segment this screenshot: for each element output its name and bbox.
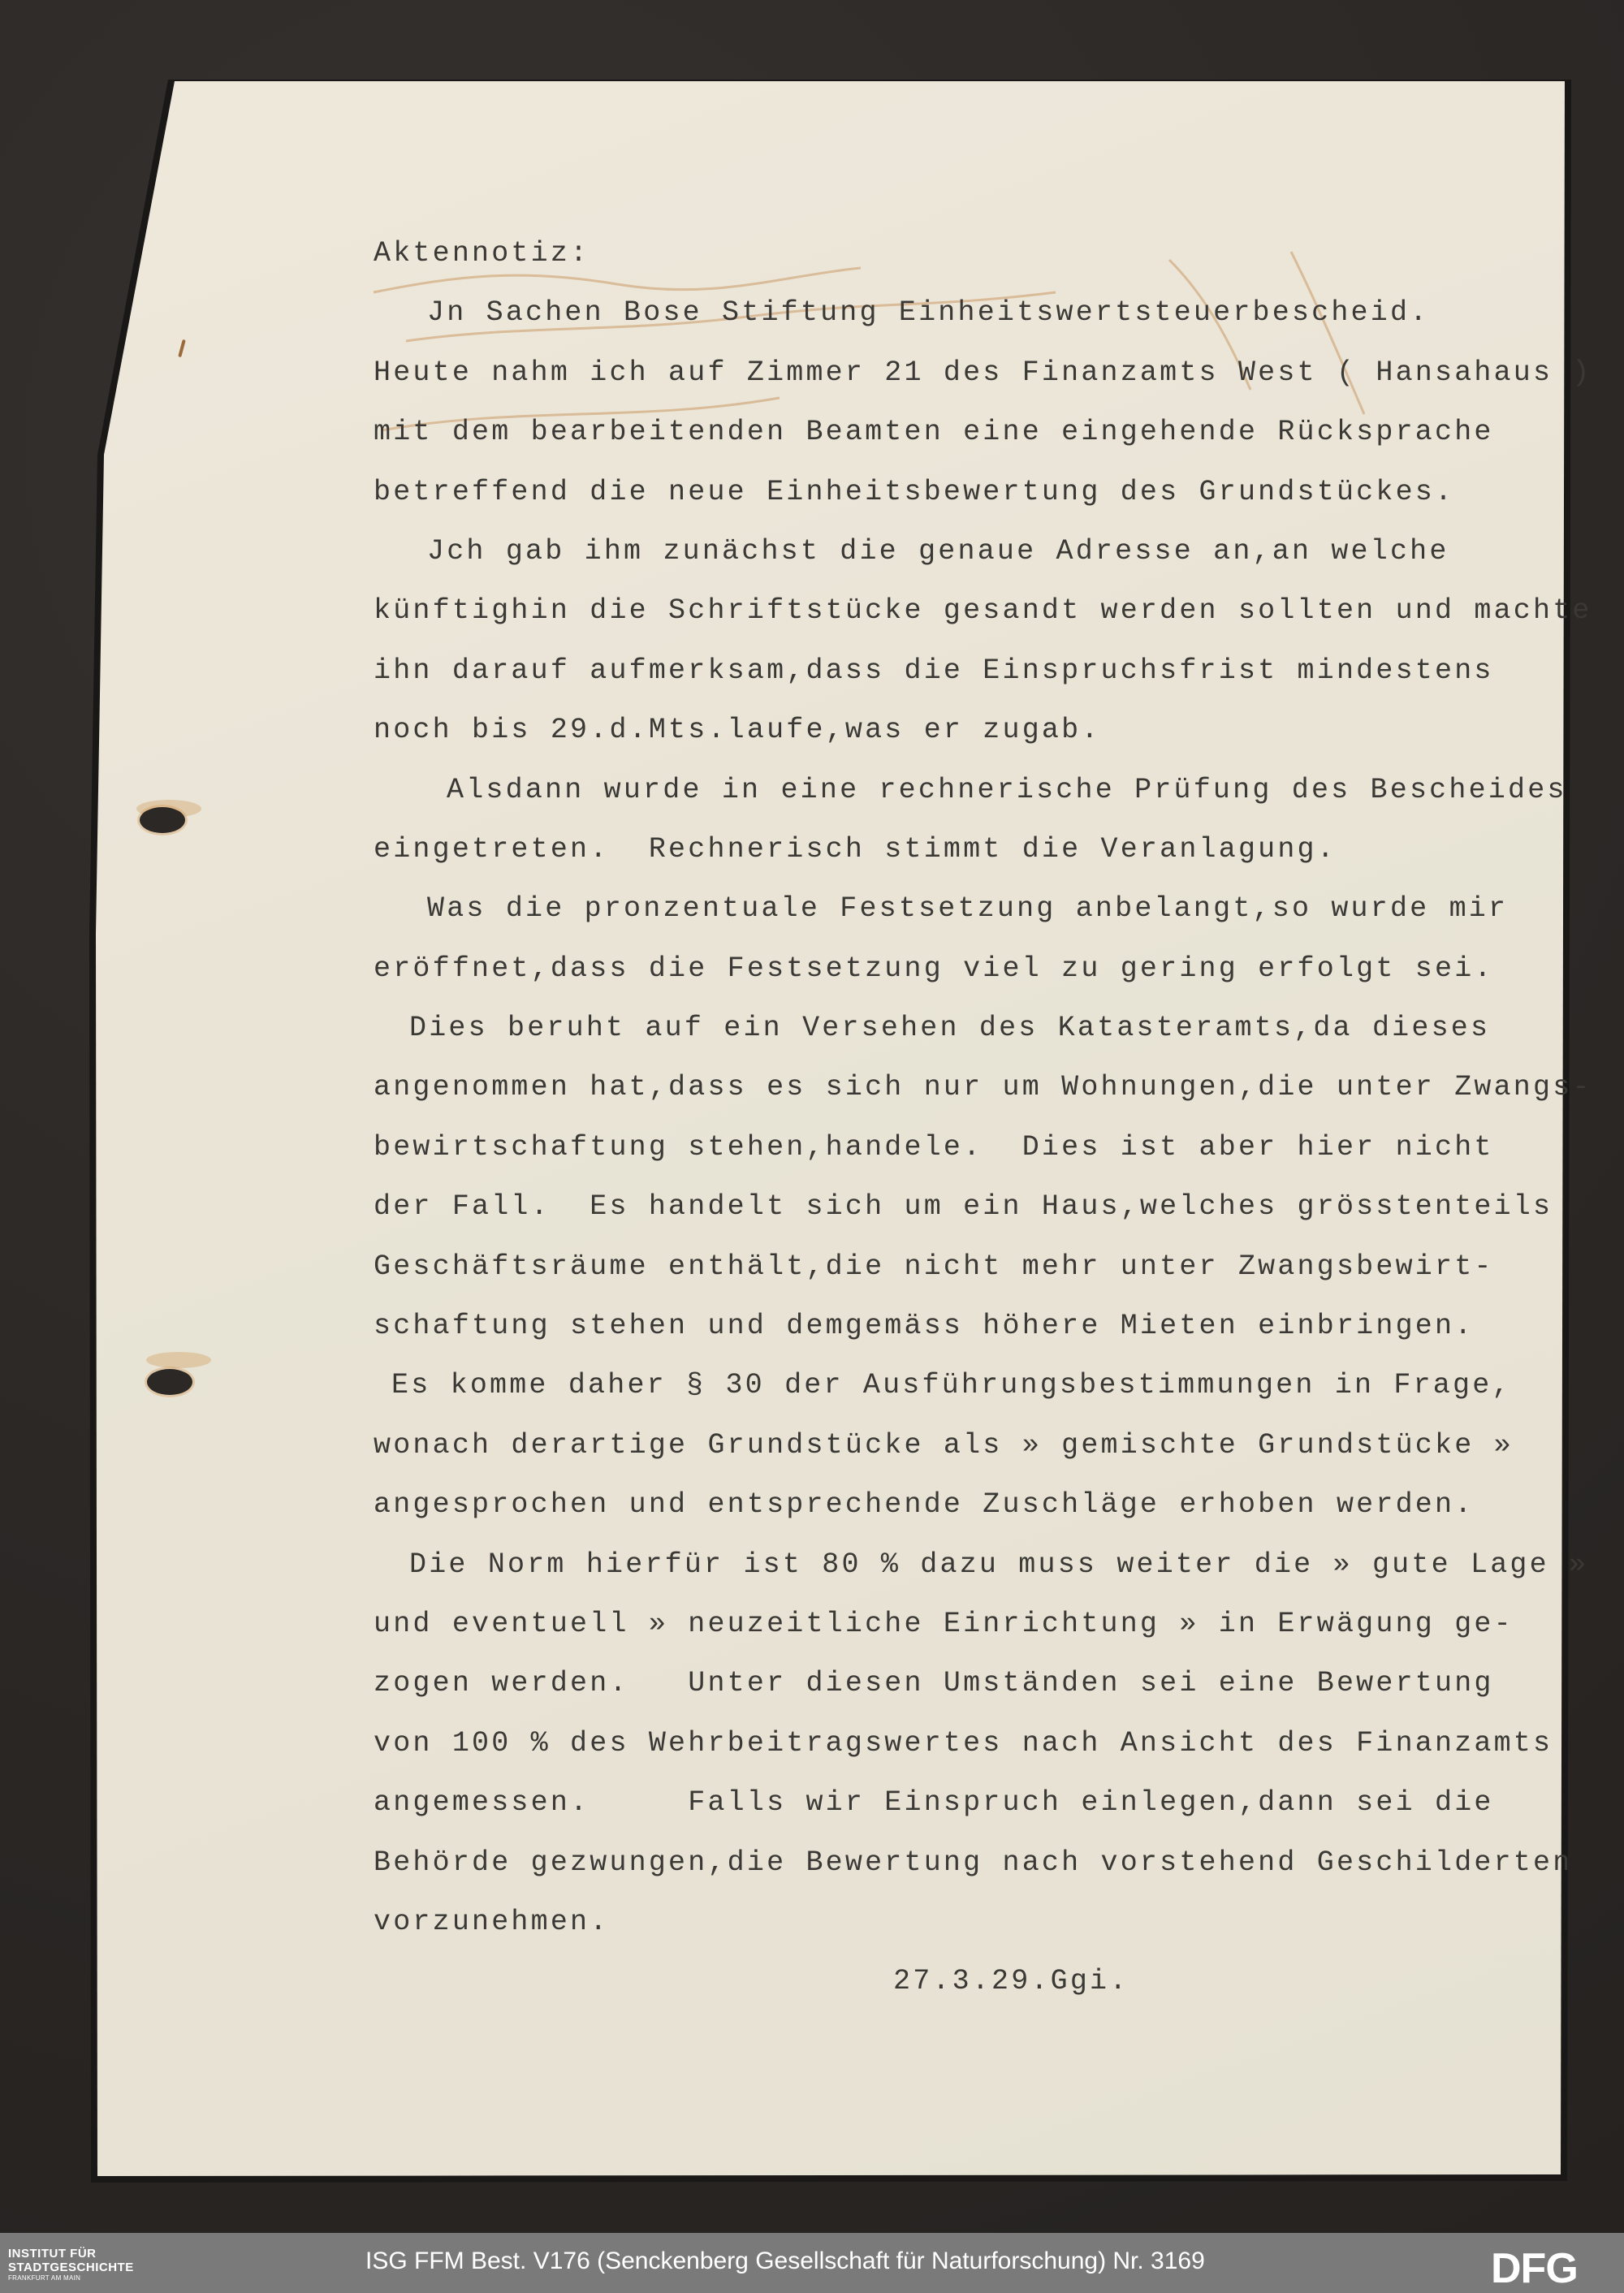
institution-name-line1: INSTITUT FÜR bbox=[8, 2248, 134, 2260]
date-signature: 27.3.29.Ggi. bbox=[374, 1965, 1559, 2024]
memo-line: eingetreten. Rechnerisch stimmt die Vera… bbox=[374, 833, 1559, 892]
memo-line: angenommen hat,dass es sich nur um Wohnu… bbox=[374, 1071, 1559, 1130]
archive-citation: ISG FFM Best. V176 (Senckenberg Gesellsc… bbox=[365, 2248, 1205, 2275]
memo-line: bewirtschaftung stehen,handele. Dies ist… bbox=[374, 1131, 1559, 1190]
memo-heading: Aktennotiz: bbox=[374, 237, 1559, 296]
memo-line: Behörde gezwungen,die Bewertung nach vor… bbox=[374, 1846, 1559, 1906]
memo-line: Es komme daher § 30 der Ausführungsbesti… bbox=[374, 1369, 1559, 1428]
memo-line: Die Norm hierfür ist 80 % dazu muss weit… bbox=[374, 1548, 1559, 1608]
memo-line: Jch gab ihm zunächst die genaue Adresse … bbox=[374, 535, 1559, 594]
dfg-logo: DFG bbox=[1491, 2248, 1578, 2290]
memo-line: der Fall. Es handelt sich um ein Haus,we… bbox=[374, 1190, 1559, 1250]
rust-stain bbox=[146, 1352, 211, 1368]
memo-line: betreffend die neue Einheitsbewertung de… bbox=[374, 476, 1559, 535]
memo-line: schaftung stehen und demgemäss höhere Mi… bbox=[374, 1310, 1559, 1369]
memo-line: Heute nahm ich auf Zimmer 21 des Finanza… bbox=[374, 356, 1559, 416]
memo-line: angesprochen und entsprechende Zuschläge… bbox=[374, 1488, 1559, 1548]
memo-line: Dies beruht auf ein Versehen des Kataste… bbox=[374, 1012, 1559, 1071]
memo-line: Geschäftsräume enthält,die nicht mehr un… bbox=[374, 1250, 1559, 1310]
memo-line: und eventuell » neuzeitliche Einrichtung… bbox=[374, 1608, 1559, 1667]
institution-city: FRANKFURT AM MAIN bbox=[8, 2275, 134, 2282]
memo-line: Jn Sachen Bose Stiftung Einheitswertsteu… bbox=[374, 296, 1559, 356]
memo-line: Alsdann wurde in eine rechnerische Prüfu… bbox=[374, 774, 1559, 833]
memo-line: von 100 % des Wehrbeitragswertes nach An… bbox=[374, 1727, 1559, 1786]
archive-footer-bar: INSTITUT FÜR STADTGESCHICHTE FRANKFURT A… bbox=[0, 2233, 1624, 2293]
memo-text: Aktennotiz: Jn Sachen Bose Stiftung Einh… bbox=[374, 237, 1559, 2025]
memo-line: vorzunehmen. bbox=[374, 1906, 1559, 1965]
memo-line: mit dem bearbeitenden Beamten eine einge… bbox=[374, 416, 1559, 475]
institution-name-line2: STADTGESCHICHTE bbox=[8, 2261, 134, 2274]
memo-line: künftighin die Schriftstücke gesandt wer… bbox=[374, 594, 1559, 654]
punch-hole-bottom bbox=[147, 1369, 192, 1395]
memo-line: angemessen. Falls wir Einspruch einlegen… bbox=[374, 1786, 1559, 1846]
memo-line: eröffnet,dass die Festsetzung viel zu ge… bbox=[374, 952, 1559, 1012]
institution-logo: INSTITUT FÜR STADTGESCHICHTE FRANKFURT A… bbox=[8, 2248, 134, 2282]
memo-line: Was die pronzentuale Festsetzung anbelan… bbox=[374, 892, 1559, 952]
memo-line: wonach derartige Grundstücke als » gemis… bbox=[374, 1429, 1559, 1488]
punch-hole-top bbox=[140, 807, 185, 833]
memo-line: zogen werden. Unter diesen Umständen sei… bbox=[374, 1667, 1559, 1726]
memo-line: noch bis 29.d.Mts.laufe,was er zugab. bbox=[374, 714, 1559, 773]
memo-line: ihn darauf aufmerksam,dass die Einspruch… bbox=[374, 654, 1559, 714]
